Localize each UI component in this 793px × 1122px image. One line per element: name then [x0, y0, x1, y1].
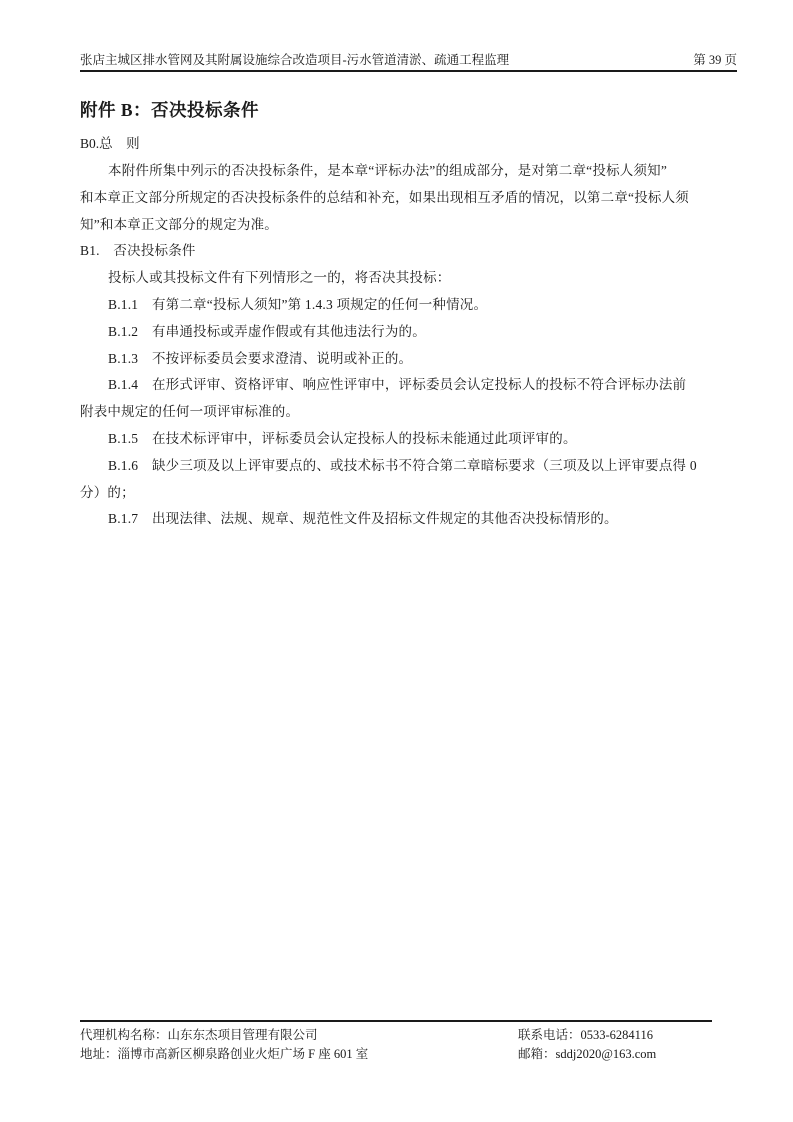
- page-footer: 代理机构名称：山东东杰项目管理有限公司 联系电话：0533-6284116 地址…: [80, 1020, 712, 1064]
- paragraph-line: 本附件所集中列示的否决投标条件，是本章“评标办法”的组成部分，是对第二章“投标人…: [80, 158, 720, 185]
- document-title: 附件 B：否决投标条件: [80, 97, 259, 122]
- clause-b14-continued: 附表中规定的任何一项评审标准的。: [80, 399, 720, 426]
- clause-b11: B.1.1 有第二章“投标人须知”第 1.4.3 项规定的任何一种情况。: [80, 292, 720, 319]
- clause-b13: B.1.3 不按评标委员会要求澄清、说明或补正的。: [80, 346, 720, 373]
- paragraph-line: 投标人或其投标文件有下列情形之一的，将否决其投标：: [80, 265, 720, 292]
- footer-row: 地址：淄博市高新区柳泉路创业火炬广场 F 座 601 室 邮箱：sddj2020…: [80, 1045, 712, 1064]
- document-page: 张店主城区排水管网及其附属设施综合改造项目-污水管道清淤、疏通工程监理 第 39…: [0, 0, 793, 1122]
- page-header: 张店主城区排水管网及其附属设施综合改造项目-污水管道清淤、疏通工程监理 第 39…: [80, 52, 737, 72]
- footer-address: 地址：淄博市高新区柳泉路创业火炬广场 F 座 601 室: [80, 1045, 518, 1064]
- paragraph-line: 和本章正文部分所规定的否决投标条件的总结和补充，如果出现相互矛盾的情况，以第二章…: [80, 185, 720, 212]
- paragraph-line: 知”和本章正文部分的规定为准。: [80, 212, 720, 239]
- clause-b15: B.1.5 在技术标评审中，评标委员会认定投标人的投标未能通过此项评审的。: [80, 426, 720, 453]
- footer-row: 代理机构名称：山东东杰项目管理有限公司 联系电话：0533-6284116: [80, 1026, 712, 1045]
- document-body: 本附件所集中列示的否决投标条件，是本章“评标办法”的组成部分，是对第二章“投标人…: [80, 158, 720, 533]
- header-page-number: 第 39 页: [681, 52, 737, 68]
- footer-email: 邮箱：sddj2020@163.com: [518, 1045, 712, 1064]
- clause-b12: B.1.2 有串通投标或弄虚作假或有其他违法行为的。: [80, 319, 720, 346]
- footer-phone: 联系电话：0533-6284116: [518, 1026, 712, 1045]
- clause-b16: B.1.6 缺少三项及以上评审要点的、或技术标书不符合第二章暗标要求（三项及以上…: [80, 453, 720, 480]
- clause-b17: B.1.7 出现法律、法规、规章、规范性文件及招标文件规定的其他否决投标情形的。: [80, 506, 720, 533]
- clause-b16-continued: 分）的；: [80, 480, 720, 507]
- clause-b14: B.1.4 在形式评审、资格评审、响应性评审中，评标委员会认定投标人的投标不符合…: [80, 372, 720, 399]
- footer-agency-name: 代理机构名称：山东东杰项目管理有限公司: [80, 1026, 518, 1045]
- section-b0-heading: B0.总 则: [80, 132, 140, 152]
- header-project-title: 张店主城区排水管网及其附属设施综合改造项目-污水管道清淤、疏通工程监理: [80, 52, 509, 68]
- section-b1-heading: B1. 否决投标条件: [80, 238, 720, 265]
